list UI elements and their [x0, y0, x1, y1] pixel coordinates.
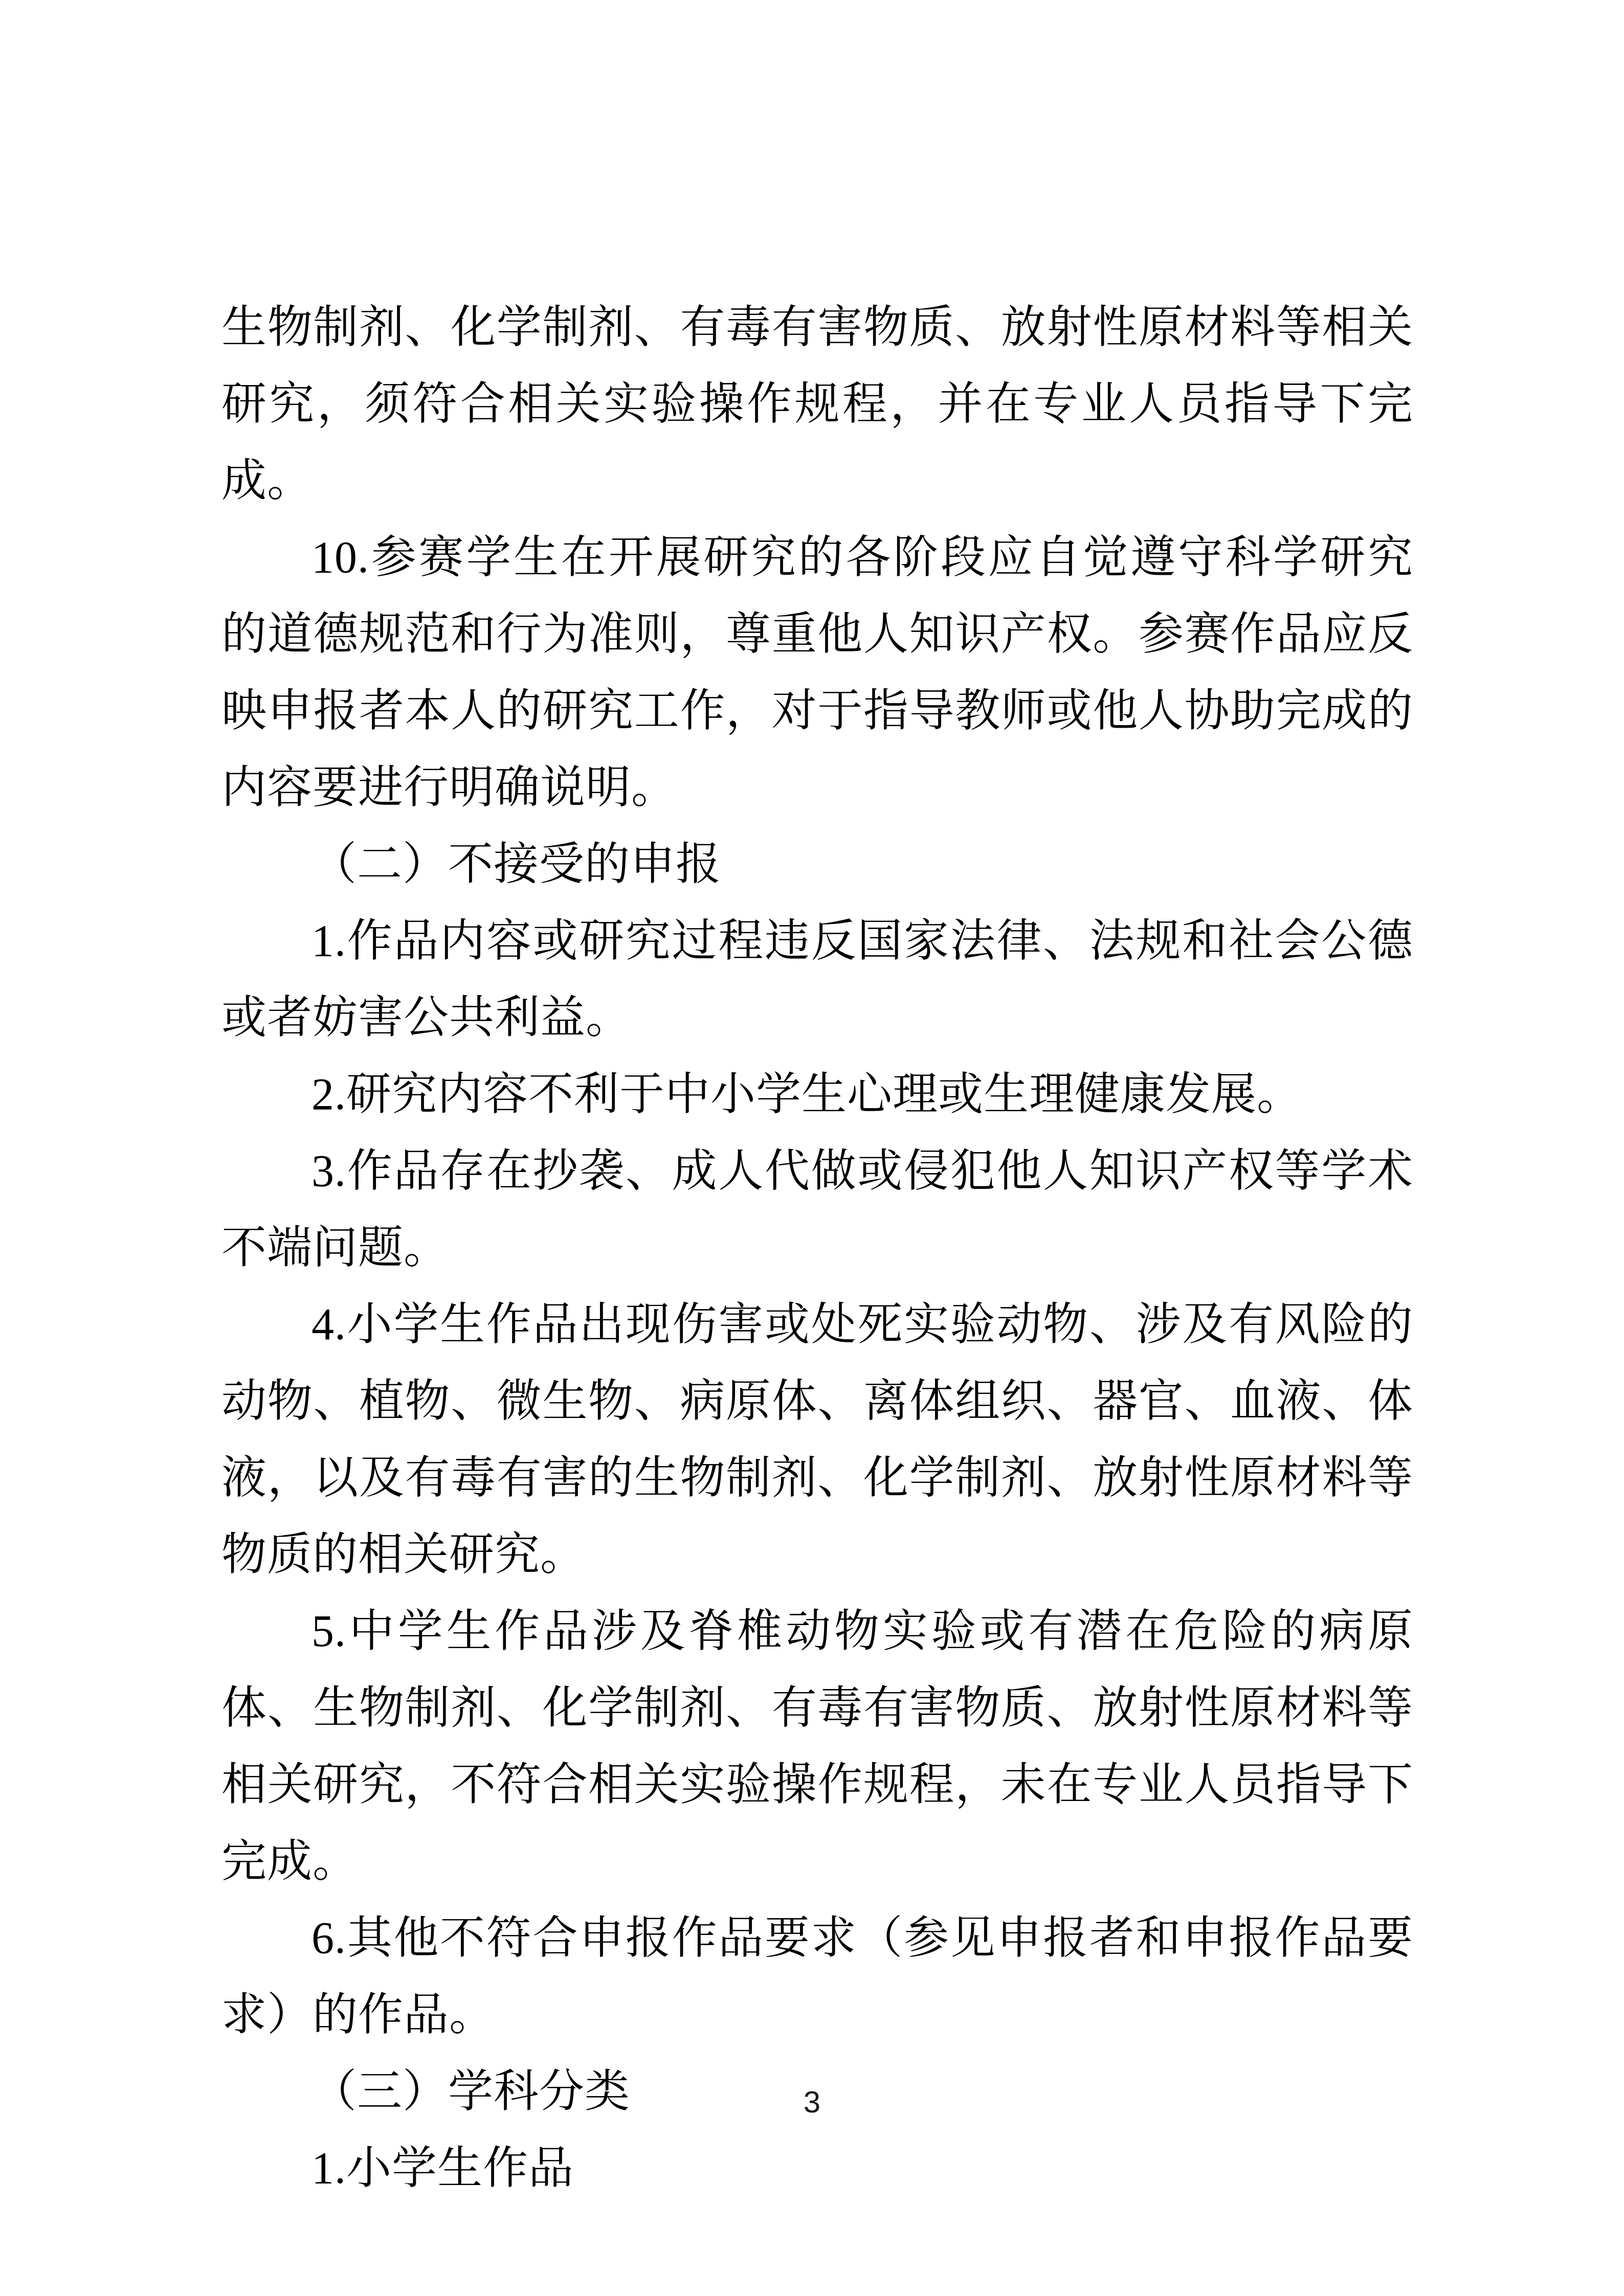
paragraph: 1.小学生作品	[221, 2130, 1413, 2207]
paragraph: （二）不接受的申报	[221, 826, 1413, 903]
document-page: 生物制剂、化学制剂、有毒有害物质、放射性原材料等相关研究，须符合相关实验操作规程…	[0, 0, 1624, 2296]
document-body: 生物制剂、化学制剂、有毒有害物质、放射性原材料等相关研究，须符合相关实验操作规程…	[221, 289, 1413, 2207]
paragraph: 生物制剂、化学制剂、有毒有害物质、放射性原材料等相关研究，须符合相关实验操作规程…	[221, 289, 1413, 520]
paragraph: 4.小学生作品出现伤害或处死实验动物、涉及有风险的动物、植物、微生物、病原体、离…	[221, 1287, 1413, 1593]
paragraph: 6.其他不符合申报作品要求（参见申报者和申报作品要求）的作品。	[221, 1900, 1413, 2054]
paragraph: 5.中学生作品涉及脊椎动物实验或有潜在危险的病原体、生物制剂、化学制剂、有毒有害…	[221, 1593, 1413, 1900]
paragraph: 3.作品存在抄袭、成人代做或侵犯他人知识产权等学术不端问题。	[221, 1133, 1413, 1287]
paragraph: 1.作品内容或研究过程违反国家法律、法规和社会公德或者妨害公共利益。	[221, 903, 1413, 1056]
page-number: 3	[0, 2085, 1624, 2119]
paragraph: 2.研究内容不利于中小学生心理或生理健康发展。	[221, 1056, 1413, 1133]
paragraph: 10.参赛学生在开展研究的各阶段应自觉遵守科学研究的道德规范和行为准则，尊重他人…	[221, 520, 1413, 826]
